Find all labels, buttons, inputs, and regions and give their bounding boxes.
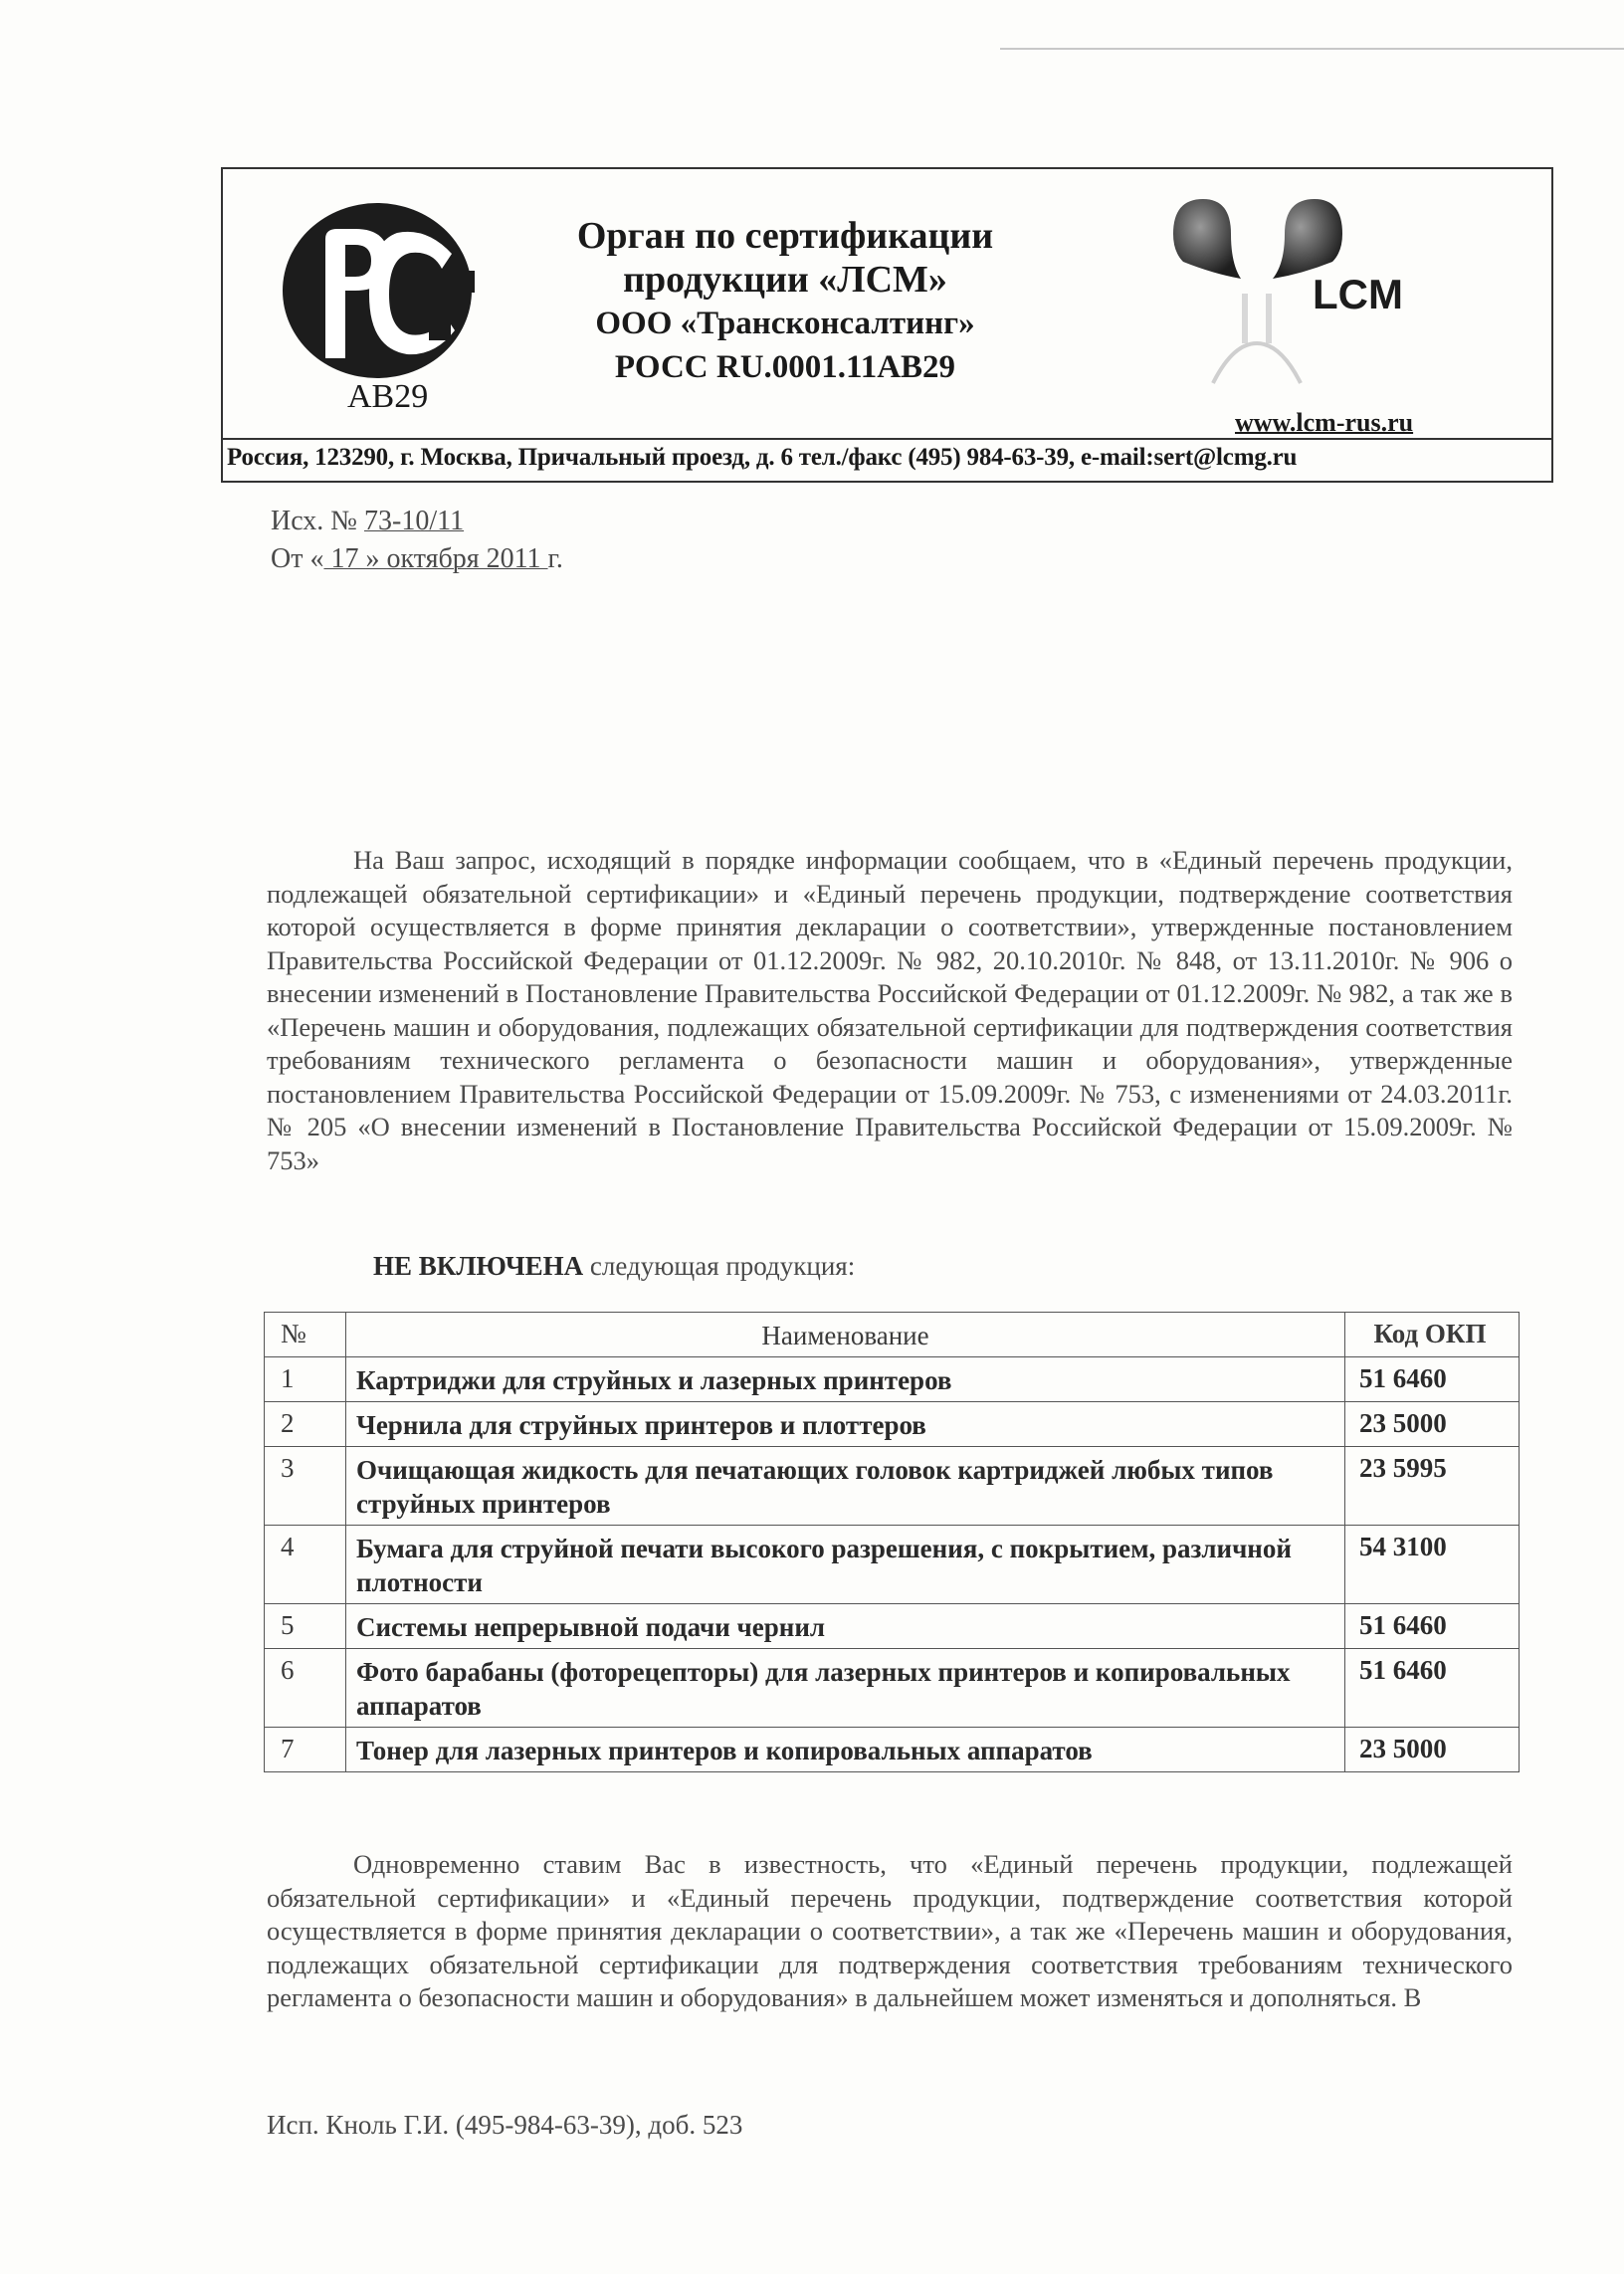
row-number: 7 (265, 1728, 346, 1772)
org-title-line2: продукции «ЛСМ» (561, 258, 1009, 302)
row-number: 2 (265, 1402, 346, 1447)
row-okp-code: 51 6460 (1345, 1649, 1520, 1728)
table-row: 5Системы непрерывной подачи чернил51 646… (265, 1604, 1520, 1649)
table-intro: НЕ ВКЛЮЧЕНА следующая продукция: (373, 1251, 855, 1282)
row-okp-code: 23 5995 (1345, 1447, 1520, 1526)
date-month-year: октября 2011 (386, 543, 547, 574)
row-name: Картриджи для струйных и лазерных принте… (346, 1357, 1345, 1402)
row-okp-code: 51 6460 (1345, 1604, 1520, 1649)
outgoing-number-value: 73-10/11 (364, 506, 464, 536)
row-okp-code: 51 6460 (1345, 1357, 1520, 1402)
excluded-products-table: № Наименование Код ОКП 1Картриджи для ст… (264, 1312, 1520, 1772)
outgoing-date-line: От « 17 » октября 2011 г. (271, 540, 563, 578)
svg-text:LCM: LCM (1313, 271, 1403, 317)
row-number: 5 (265, 1604, 346, 1649)
row-number: 3 (265, 1447, 346, 1526)
scanned-letter-page: АВ29 Орган по сертификации продукции «ЛС… (0, 0, 1624, 2274)
letterhead-divider (221, 438, 1553, 440)
table-row: 3Очищающая жидкость для печатающих голов… (265, 1447, 1520, 1526)
row-number: 1 (265, 1357, 346, 1402)
date-prefix: От « (271, 543, 323, 574)
table-row: 4Бумага для струйной печати высокого раз… (265, 1526, 1520, 1604)
org-registration: РОСС RU.0001.11АВ29 (561, 345, 1009, 389)
outgoing-number-label: Исх. № (271, 506, 357, 536)
row-name: Очищающая жидкость для печатающих голово… (346, 1447, 1345, 1526)
outgoing-reference: Исх. № 73-10/11 От « 17 » октября 2011 г… (271, 503, 563, 578)
header-okp-code: Код ОКП (1345, 1313, 1520, 1357)
row-name: Системы непрерывной подачи чернил (346, 1604, 1345, 1649)
letterhead: АВ29 Орган по сертификации продукции «ЛС… (221, 167, 1553, 483)
row-okp-code: 23 5000 (1345, 1728, 1520, 1772)
letterhead-address: Россия, 123290, г. Москва, Причальный пр… (227, 444, 1297, 472)
body-paragraph-1: На Ваш запрос, исходящий в порядке инфор… (267, 844, 1513, 1177)
row-name: Бумага для струйной печати высокого разр… (346, 1526, 1345, 1604)
table-row: 2Чернила для струйных принтеров и плотте… (265, 1402, 1520, 1447)
scan-artifact-line (1000, 48, 1624, 50)
row-name: Фото барабаны (фоторецепторы) для лазерн… (346, 1649, 1345, 1728)
not-included-emphasis: НЕ ВКЛЮЧЕНА (373, 1251, 583, 1281)
table-row: 6Фото барабаны (фоторецепторы) для лазер… (265, 1649, 1520, 1728)
table-intro-text: следующая продукция: (583, 1251, 855, 1281)
header-name: Наименование (346, 1313, 1345, 1357)
row-number: 6 (265, 1649, 346, 1728)
date-mid: » (365, 543, 386, 574)
date-suffix: г. (548, 543, 563, 574)
table-row: 7Тонер для лазерных принтеров и копирова… (265, 1728, 1520, 1772)
table-header-row: № Наименование Код ОКП (265, 1313, 1520, 1357)
rst-certification-logo-icon (278, 199, 477, 383)
organization-title-block: Орган по сертификации продукции «ЛСМ» ОО… (561, 214, 1009, 389)
date-day: 17 (323, 543, 365, 574)
row-name: Чернила для струйных принтеров и плоттер… (346, 1402, 1345, 1447)
org-title-line1: Орган по сертификации (561, 214, 1009, 258)
org-company: ООО «Трансконсалтинг» (561, 302, 1009, 345)
outgoing-number-line: Исх. № 73-10/11 (271, 503, 563, 540)
row-number: 4 (265, 1526, 346, 1604)
header-number: № (265, 1313, 346, 1357)
row-okp-code: 54 3100 (1345, 1526, 1520, 1604)
row-okp-code: 23 5000 (1345, 1402, 1520, 1447)
website-link[interactable]: www.lcm-rus.ru (1235, 408, 1413, 438)
letterhead-bottom-rule (221, 481, 1553, 483)
body-paragraph-2: Одновременно ставим Вас в известность, ч… (267, 1848, 1513, 2015)
accreditation-code: АВ29 (347, 378, 428, 416)
lcm-logo-icon: LCM (1153, 194, 1412, 403)
table-row: 1Картриджи для струйных и лазерных принт… (265, 1357, 1520, 1402)
row-name: Тонер для лазерных принтеров и копировал… (346, 1728, 1345, 1772)
executor-contact: Исп. Кноль Г.И. (495-984-63-39), доб. 52… (267, 2110, 742, 2141)
